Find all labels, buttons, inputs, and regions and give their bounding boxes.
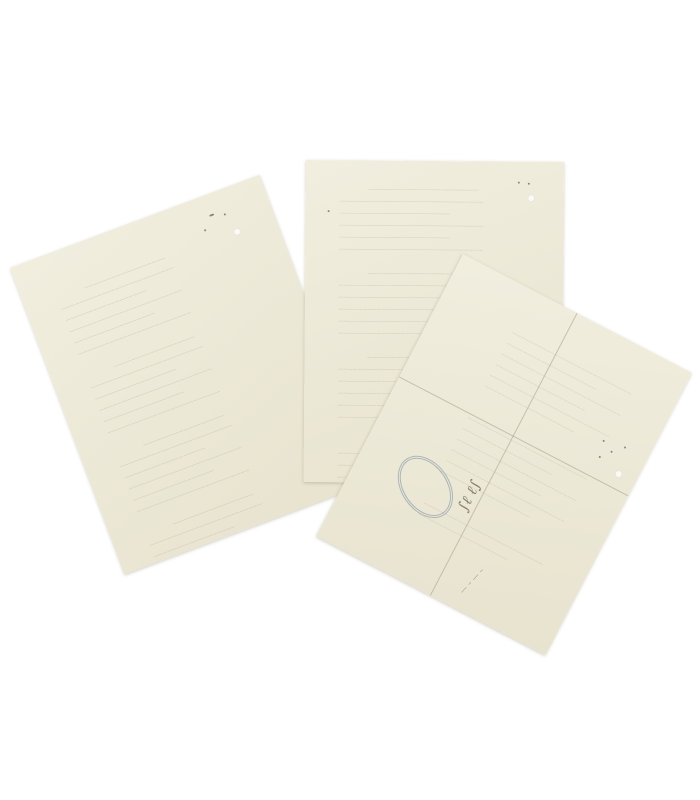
punch-hole: [528, 195, 535, 202]
